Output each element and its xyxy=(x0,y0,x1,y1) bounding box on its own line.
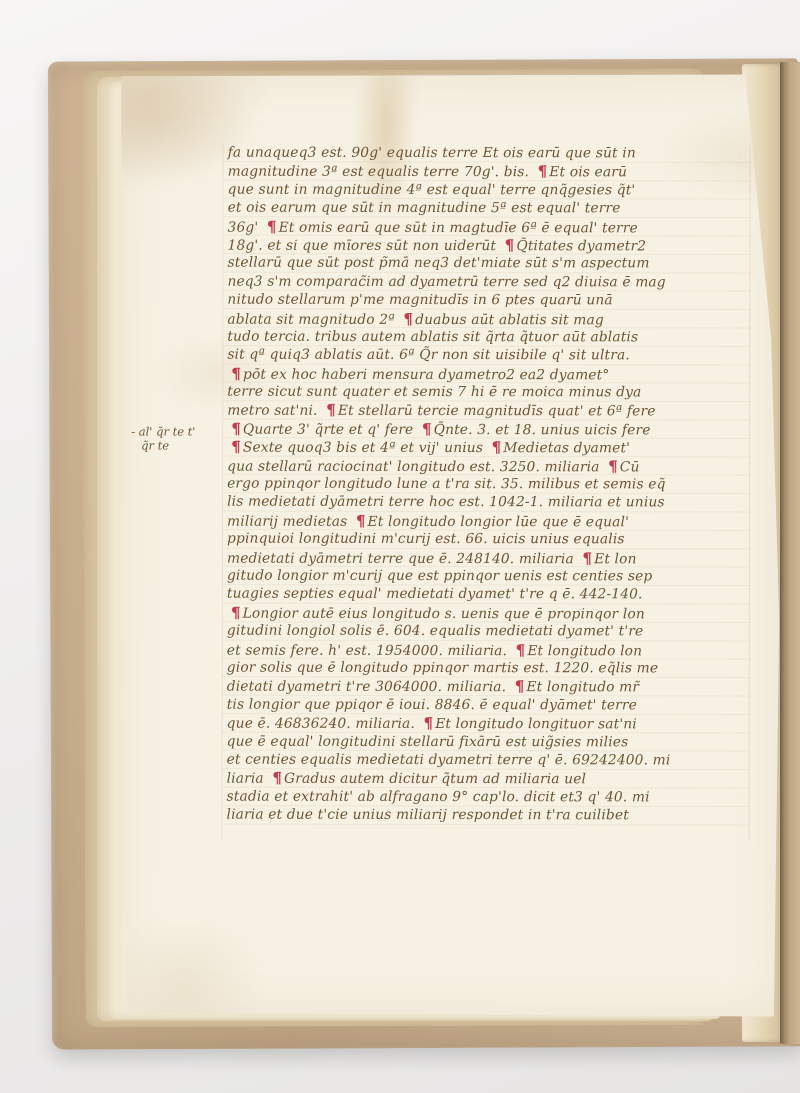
text-line: ablata sit magnitudo 2ª ¶duabus aūt abla… xyxy=(227,309,745,328)
pilcrow-mark: ¶ xyxy=(492,438,502,456)
pilcrow-mark: ¶ xyxy=(231,438,241,456)
text-line: nitudo stellarum p'me magnitudīs in 6 pt… xyxy=(227,291,745,310)
text-line: magnitudine 3ª est equalis terre 70g'. b… xyxy=(228,162,746,181)
text-line: 18g'. et si que mīores sūt non uiderūt ¶… xyxy=(228,236,746,255)
pilcrow-mark: ¶ xyxy=(538,163,548,181)
pilcrow-mark: ¶ xyxy=(267,217,277,235)
pilcrow-mark: ¶ xyxy=(326,401,336,419)
pilcrow-mark: ¶ xyxy=(608,457,618,475)
text-block: fa unaqueq3 est. 90g' equalis terre Et o… xyxy=(221,144,750,841)
text-line: et semis fere. h' est. 1954000. miliaria… xyxy=(227,640,745,659)
parchment-stain xyxy=(127,913,267,1013)
text-line: sit qª quiq3 ablatis aūt. 6ª Q̃r non sit… xyxy=(227,346,745,365)
text-line: terre sicut sunt quater et semis 7 hi ē … xyxy=(227,383,745,402)
text-line: miliarij medietas ¶Et longitudo longior … xyxy=(227,511,745,530)
marginal-note-line: - al' q̃r te t' xyxy=(131,425,217,439)
text-line: gitudini longiol solis ē. 604. equalis m… xyxy=(227,622,745,641)
pilcrow-mark: ¶ xyxy=(403,309,413,327)
text-line: fa unaqueq3 est. 90g' equalis terre Et o… xyxy=(228,144,746,163)
facing-cover-edge xyxy=(780,62,800,1044)
pilcrow-mark: ¶ xyxy=(231,364,241,382)
text-line: que ē equal' longitudini stellarū fixārū… xyxy=(227,732,745,751)
pilcrow-mark: ¶ xyxy=(422,420,432,438)
text-line: ¶Longior autē eius longitudo s. uenis qu… xyxy=(227,603,745,622)
text-line: ppinquioi longitudini m'curij est. 66. u… xyxy=(227,530,745,549)
pilcrow-mark: ¶ xyxy=(582,549,592,567)
text-line: gitudo longior m'curij que est ppinqor u… xyxy=(227,567,745,586)
text-line: stellarū que sūt post p̃mā neq3 det'miat… xyxy=(227,254,745,273)
text-line: tis longior que ppiqor ē ioui. 8846. ē e… xyxy=(227,695,745,714)
text-line: metro sat'ni. ¶Et stellarū tercie magnit… xyxy=(227,401,745,420)
text-line: tuagies septies equal' medietati dyamet'… xyxy=(227,585,745,604)
text-line: ¶Quarte 3' q̃rte et q' fere ¶Q̃nte. 3. e… xyxy=(227,419,745,438)
pilcrow-mark: ¶ xyxy=(423,714,433,732)
text-line: que ē. 46836240. miliaria. ¶Et longitudo… xyxy=(227,714,745,733)
text-line: stadia et extrahit' ab alfragano 9° cap'… xyxy=(227,787,745,806)
pilcrow-mark: ¶ xyxy=(231,603,241,621)
text-line: ergo ppinqor longitudo lune a t'ra sit. … xyxy=(227,475,745,494)
text-line: gior solis que ē longitudo ppinqor marti… xyxy=(227,659,745,678)
text-line: que sunt in magnitudine 4ª est equal' te… xyxy=(228,180,746,199)
text-line: neq3 s'm comparac̃im ad dyametrū terre s… xyxy=(227,272,745,291)
text-line: medietati dyāmetri terre que ē. 248140. … xyxy=(227,548,745,567)
pilcrow-mark: ¶ xyxy=(505,236,515,254)
manuscript-page: - al' q̃r te t' q̃r te fa unaqueq3 est. … xyxy=(117,73,781,1016)
text-line: 36g' ¶Et omis earū que sūt in magtudīe 6… xyxy=(228,217,746,236)
text-line: et ois earum que sūt in magnitudine 5ª e… xyxy=(228,199,746,218)
text-line: lis medietati dyāmetri terre hoc est. 10… xyxy=(227,493,745,512)
pilcrow-mark: ¶ xyxy=(516,641,526,659)
text-line: et centies equalis medietati dyametri te… xyxy=(227,751,745,770)
photo-backdrop: - al' q̃r te t' q̃r te fa unaqueq3 est. … xyxy=(0,0,800,1093)
text-line: tudo tercia. tribus autem ablatis sit q̃… xyxy=(227,328,745,347)
marginal-note-line: q̃r te xyxy=(131,439,217,453)
marginal-note: - al' q̃r te t' q̃r te xyxy=(131,425,217,452)
pilcrow-mark: ¶ xyxy=(272,769,282,787)
text-line: ¶pōt ex hoc haberi mensura dyametro2 ea2… xyxy=(227,364,745,383)
pilcrow-mark: ¶ xyxy=(231,419,241,437)
pilcrow-mark: ¶ xyxy=(515,677,525,695)
text-line: liaria ¶Gradus autem dicitur q̃tum ad mi… xyxy=(227,769,745,788)
text-line: liaria et due t'cie unius miliarij respo… xyxy=(227,806,745,825)
text-line: ¶Sexte quoq3 bis et 4ª et vij' unius ¶Me… xyxy=(227,438,745,457)
text-line: dietati dyametri t're 3064000. miliaria.… xyxy=(227,677,745,696)
pilcrow-mark: ¶ xyxy=(356,512,366,530)
text-line: qua stellarū raciocinat' longitudo est. … xyxy=(227,456,745,475)
